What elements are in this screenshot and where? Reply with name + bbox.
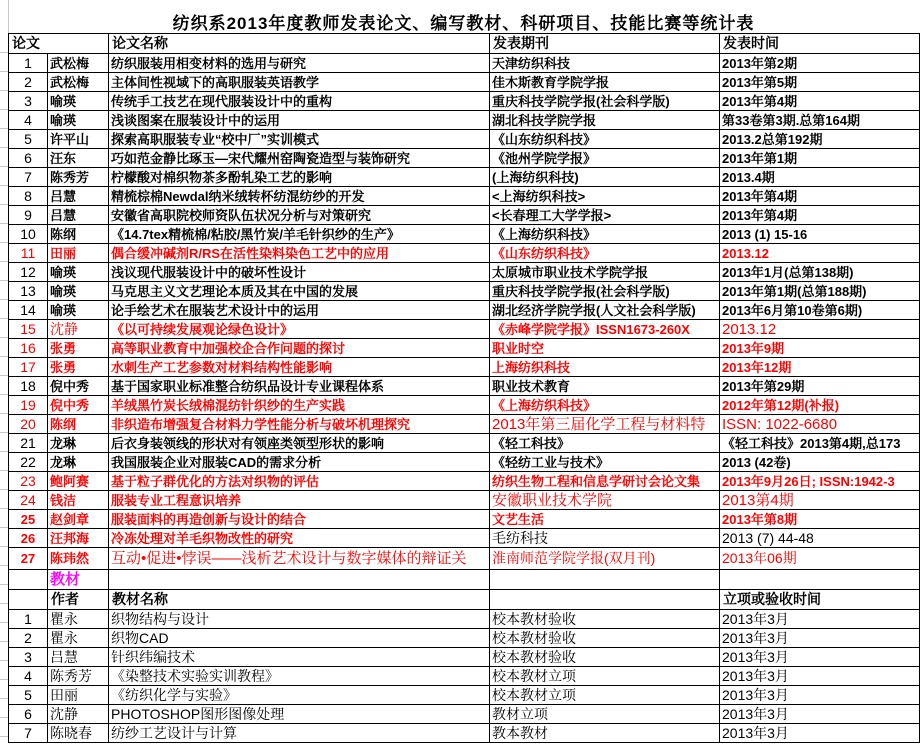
cell-title[interactable]: 柠檬酸对棉织物茶多酚轧染工艺的影响 <box>109 168 490 187</box>
cell-journal[interactable]: 湖北经济学院学报(人文社会科学版) <box>490 301 720 320</box>
cell-num[interactable]: 25 <box>9 510 48 529</box>
cell-title[interactable]: 后衣身装领线的形状对有领座类领型形状的影响 <box>109 434 490 453</box>
paper-row: 15沈静《以可持续发展观论绿色设计》《赤峰学院学报》ISSN1673-260X2… <box>9 320 920 339</box>
cell-time[interactable]: 2013年9月26日; ISSN:1942-3 <box>720 472 920 491</box>
cell-author[interactable]: 倪中秀 <box>48 396 109 415</box>
cell-time[interactable]: 2013第4期 <box>720 491 920 510</box>
cell-author[interactable]: 沈静 <box>48 705 109 724</box>
paper-row: 16张勇高等职业教育中加强校企合作问题的探讨职业时空2013年9期 <box>9 339 920 358</box>
cell-time[interactable]: 2013年第5期 <box>720 73 920 92</box>
cell-journal[interactable]: 淮南师范学院学报(双月刊) <box>490 548 720 570</box>
textbook-row: 3吕慧针织纬编技术校本教材验收2013年3月 <box>9 648 920 667</box>
cell-time[interactable]: ISSN: 1022-6680 <box>720 415 920 434</box>
cell-author[interactable]: 陈秀芳 <box>48 168 109 187</box>
cell-author[interactable]: 倪中秀 <box>48 377 109 396</box>
cell-journal[interactable]: 纺织生物工程和信息学研讨会论文集 <box>490 472 720 491</box>
cell-author[interactable]: 赵剑章 <box>48 510 109 529</box>
cell-time[interactable]: 2013年第8期 <box>720 510 920 529</box>
paper-row: 9吕慧安徽省高职院校师资队伍状况分析与对策研究<长春理工大学学报>2013年第4… <box>9 206 920 225</box>
cell-num[interactable]: 4 <box>9 667 48 686</box>
paper-row: 27陈玮然互动•促进•悖误——浅析艺术设计与数字媒体的辩证关淮南师范学院学报(双… <box>9 548 920 570</box>
cell-num[interactable]: 12 <box>9 263 48 282</box>
cell-num[interactable]: 16 <box>9 339 48 358</box>
cell-author[interactable]: 吕慧 <box>48 648 109 667</box>
cell-num[interactable]: 8 <box>9 187 48 206</box>
cell-author[interactable]: 张勇 <box>48 339 109 358</box>
cell-title[interactable]: 传统手工技艺在现代服装设计中的重构 <box>109 92 490 111</box>
textbooks-body: 1瞿永织物结构与设计校本教材验收2013年3月2瞿永织物CAD校本教材验收201… <box>9 610 920 743</box>
cell-time[interactable]: 2013年第4期 <box>720 92 920 111</box>
cell-time[interactable]: 2013.12 <box>720 320 920 339</box>
cell-status[interactable]: 校本教材验收 <box>490 648 720 667</box>
cell-num[interactable]: 6 <box>9 705 48 724</box>
textbooks-col-header-author[interactable]: 作者 <box>48 590 109 610</box>
spreadsheet-view: 纺织系2013年度教师发表论文、编写教材、科研项目、技能比赛等统计表 论文 论文… <box>0 0 923 752</box>
textbooks-section-row: 教材 <box>9 570 920 590</box>
cell-author[interactable]: 钱洁 <box>48 491 109 510</box>
paper-row: 7陈秀芳柠檬酸对棉织物茶多酚轧染工艺的影响(上海纺织科技)2013.4期 <box>9 168 920 187</box>
cell-journal[interactable]: <长春理工大学学报> <box>490 206 720 225</box>
cell-title[interactable]: 非织造布增强复合材料力学性能分析与破坏机理探究 <box>109 415 490 434</box>
cell-author[interactable]: 吕慧 <box>48 187 109 206</box>
cell-author[interactable]: 龙琳 <box>48 434 109 453</box>
paper-row: 6汪东巧如范金静比琢玉—宋代耀州窑陶瓷造型与装饰研究《池州学院学报》2013年第… <box>9 149 920 168</box>
cell-journal[interactable]: 《上海纺织科技》 <box>490 225 720 244</box>
paper-row: 3喻瑛传统手工技艺在现代服装设计中的重构重庆科技学院学报(社会科学版)2013年… <box>9 92 920 111</box>
cell-journal[interactable]: 安徽职业技术学院 <box>490 491 720 510</box>
paper-row: 11田丽偶合缓冲碱剂R/RS在活性染料染色工艺中的应用《山东纺织科技》2013.… <box>9 244 920 263</box>
paper-row: 4喻瑛浅谈图案在服装设计中的运用湖北科技学院学报第33卷第3期.总第164期 <box>9 111 920 130</box>
textbook-row: 5田丽《纺织化学与实验》校本教材立项2013年3月 <box>9 686 920 705</box>
cell-title[interactable]: 《以可持续发展观论绿色设计》 <box>109 320 490 339</box>
cell-title[interactable]: 服装面料的再造创新与设计的结合 <box>109 510 490 529</box>
paper-row: 8吕慧精梳棕棉Newdal纳米绒转杯纺混纺纱的开发<上海纺织科技>2013年第4… <box>9 187 920 206</box>
cell-author[interactable]: 陈纲 <box>48 415 109 434</box>
cell-num[interactable]: 13 <box>9 282 48 301</box>
paper-row: 12喻瑛浅议现代服装设计中的破坏性设计太原城市职业技术学院学报2013年1月(总… <box>9 263 920 282</box>
cell-journal[interactable]: 《赤峰学院学报》ISSN1673-260X <box>490 320 720 339</box>
textbooks-col-header-time[interactable]: 立项或验收时间 <box>720 590 920 610</box>
cell-num[interactable]: 24 <box>9 491 48 510</box>
cell-journal[interactable]: 《池州学院学报》 <box>490 149 720 168</box>
cell-time[interactable]: 《轻工科技》2013第4期,总173 <box>720 434 920 453</box>
paper-row: 1武松梅纺织服装用相变材料的选用与研究天津纺织科技2013年第2期 <box>9 54 920 73</box>
cell-journal[interactable]: 太原城市职业技术学院学报 <box>490 263 720 282</box>
cell-title[interactable]: 基于国家职业标准整合纺织品设计专业课程体系 <box>109 377 490 396</box>
cell-time[interactable]: 2013.4期 <box>720 168 920 187</box>
textbook-row: 1瞿永织物结构与设计校本教材验收2013年3月 <box>9 610 920 629</box>
textbook-row: 6沈静PHOTOSHOP图形图像处理教材立项2013年3月 <box>9 705 920 724</box>
cell-title[interactable]: 《染整技术实验实训教程》 <box>109 667 490 686</box>
cell-journal[interactable]: 《上海纺织科技》 <box>490 396 720 415</box>
cell-title[interactable]: 我国服装企业对服装CAD的需求分析 <box>109 453 490 472</box>
cell-journal[interactable]: 上海纺织科技 <box>490 358 720 377</box>
textbooks-header-row: 作者 教材名称 立项或验收时间 <box>9 590 920 610</box>
cell-time[interactable]: 2013年第29期 <box>720 377 920 396</box>
paper-row: 14喻瑛论手绘艺术在服装艺术设计中的运用湖北经济学院学报(人文社会科学版)201… <box>9 301 920 320</box>
cell-title[interactable]: PHOTOSHOP图形图像处理 <box>109 705 490 724</box>
cell-author[interactable]: 陈晓春 <box>48 724 109 743</box>
cell-author[interactable]: 喻瑛 <box>48 92 109 111</box>
cell-num[interactable]: 21 <box>9 434 48 453</box>
cell-author[interactable]: 陈秀芳 <box>48 667 109 686</box>
cell-title[interactable]: 《14.7tex精梳棉/粘胶/黑竹炭/羊毛针织纱的生产》 <box>109 225 490 244</box>
cell-author[interactable]: 汪东 <box>48 149 109 168</box>
cell-author[interactable]: 武松梅 <box>48 54 109 73</box>
cell-title[interactable]: 马克思主义文艺理论本质及其在中国的发展 <box>109 282 490 301</box>
textbooks-col-header-title[interactable]: 教材名称 <box>109 590 490 610</box>
cell-num[interactable]: 7 <box>9 724 48 743</box>
cell-num[interactable]: 5 <box>9 686 48 705</box>
cell-blank[interactable] <box>720 570 920 590</box>
cell-author[interactable]: 陈玮然 <box>48 548 109 570</box>
textbook-row: 4陈秀芳《染整技术实验实训教程》校本教材立项2013年3月 <box>9 667 920 686</box>
cell-title[interactable]: 论手绘艺术在服装艺术设计中的运用 <box>109 301 490 320</box>
cell-author[interactable]: 陈纲 <box>48 225 109 244</box>
cell-author[interactable]: 喻瑛 <box>48 301 109 320</box>
cell-time[interactable]: 2013 (1) 15-16 <box>720 225 920 244</box>
cell-time[interactable]: 2013年第1期 <box>720 149 920 168</box>
cell-journal[interactable]: 职业时空 <box>490 339 720 358</box>
cell-title[interactable]: 浅议现代服装设计中的破坏性设计 <box>109 263 490 282</box>
cell-journal[interactable]: 《山东纺织科技》 <box>490 244 720 263</box>
cell-num[interactable]: 6 <box>9 149 48 168</box>
cell-num[interactable]: 7 <box>9 168 48 187</box>
cell-journal[interactable]: 湖北科技学院学报 <box>490 111 720 130</box>
cell-title[interactable]: 安徽省高职院校师资队伍状况分析与对策研究 <box>109 206 490 225</box>
cell-journal[interactable]: 2013年第三届化学工程与材料特 <box>490 415 720 434</box>
cell-journal[interactable]: 《轻纺工业与技术》 <box>490 453 720 472</box>
cell-author[interactable]: 鲍阿赛 <box>48 472 109 491</box>
cell-title[interactable]: 偶合缓冲碱剂R/RS在活性染料染色工艺中的应用 <box>109 244 490 263</box>
paper-row: 20陈纲非织造布增强复合材料力学性能分析与破坏机理探究2013年第三届化学工程与… <box>9 415 920 434</box>
cell-num[interactable]: 5 <box>9 130 48 149</box>
cell-journal[interactable]: <上海纺织科技> <box>490 187 720 206</box>
paper-row: 21龙琳后衣身装领线的形状对有领座类领型形状的影响《轻工科技》《轻工科技》201… <box>9 434 920 453</box>
cell-time[interactable]: 2013 (42卷) <box>720 453 920 472</box>
cell-time[interactable]: 2013年3月 <box>720 629 920 648</box>
cell-num[interactable]: 1 <box>9 610 48 629</box>
cell-num[interactable]: 17 <box>9 358 48 377</box>
cell-title[interactable]: 冷冻处理对羊毛织物改性的研究 <box>109 529 490 548</box>
cell-author[interactable]: 吕慧 <box>48 206 109 225</box>
paper-row: 2武松梅主体间性视域下的高职服装英语教学佳木斯教育学院学报2013年第5期 <box>9 73 920 92</box>
cell-journal[interactable]: 重庆科技学院学报(社会科学版) <box>490 92 720 111</box>
paper-row: 26汪邦海冷冻处理对羊毛织物改性的研究毛纺科技2013 (7) 44-48 <box>9 529 920 548</box>
cell-time[interactable]: 2013年3月 <box>720 686 920 705</box>
statistics-table: 论文 论文名称 发表期刊 发表时间 1武松梅纺织服装用相变材料的选用与研究天津纺… <box>8 33 920 743</box>
cell-time[interactable]: 2012年第12期(补报) <box>720 396 920 415</box>
cell-journal[interactable]: 佳木斯教育学院学报 <box>490 73 720 92</box>
paper-row: 10陈纲《14.7tex精梳棉/粘胶/黑竹炭/羊毛针织纱的生产》《上海纺织科技》… <box>9 225 920 244</box>
cell-title[interactable]: 水刺生产工艺参数对材料结构性能影响 <box>109 358 490 377</box>
cell-time[interactable]: 2013.12 <box>720 244 920 263</box>
papers-header-row: 论文 论文名称 发表期刊 发表时间 <box>9 34 920 54</box>
cell-author[interactable]: 许平山 <box>48 130 109 149</box>
cell-author[interactable]: 沈静 <box>48 320 109 339</box>
cell-journal[interactable]: 《山东纺织科技》 <box>490 130 720 149</box>
cell-title[interactable]: 探索高职服装专业“校中厂”实训模式 <box>109 130 490 149</box>
textbook-row: 2瞿永织物CAD校本教材验收2013年3月 <box>9 629 920 648</box>
textbooks-col-header-status[interactable] <box>490 590 720 610</box>
cell-num[interactable]: 20 <box>9 415 48 434</box>
cell-time[interactable]: 2013年3月 <box>720 610 920 629</box>
cell-status[interactable]: 校本教材验收 <box>490 610 720 629</box>
cell-author[interactable]: 喻瑛 <box>48 111 109 130</box>
cell-num[interactable]: 4 <box>9 111 48 130</box>
cell-title[interactable]: 高等职业教育中加强校企合作问题的探讨 <box>109 339 490 358</box>
cell-time[interactable]: 2013年12期 <box>720 358 920 377</box>
cell-num[interactable]: 2 <box>9 73 48 92</box>
papers-col-header-title[interactable]: 论文名称 <box>109 34 490 54</box>
cell-time[interactable]: 2013 (7) 44-48 <box>720 529 920 548</box>
cell-title[interactable]: 浅谈图案在服装设计中的运用 <box>109 111 490 130</box>
cell-title[interactable]: 服装专业工程意识培养 <box>109 491 490 510</box>
cell-title[interactable]: 纺纱工艺设计与计算 <box>109 724 490 743</box>
textbooks-section-label[interactable]: 教材 <box>48 570 109 590</box>
cell-author[interactable]: 喻瑛 <box>48 263 109 282</box>
cell-num[interactable]: 3 <box>9 92 48 111</box>
cell-time[interactable]: 2013年3月 <box>720 724 920 743</box>
cell-time[interactable]: 2013年9期 <box>720 339 920 358</box>
cell-journal[interactable]: 《轻工科技》 <box>490 434 720 453</box>
cell-status[interactable]: 教本教材 <box>490 724 720 743</box>
cell-title[interactable]: 主体间性视域下的高职服装英语教学 <box>109 73 490 92</box>
cell-num[interactable]: 18 <box>9 377 48 396</box>
cell-author[interactable]: 汪邦海 <box>48 529 109 548</box>
papers-body: 1武松梅纺织服装用相变材料的选用与研究天津纺织科技2013年第2期2武松梅主体间… <box>9 54 920 570</box>
cell-title[interactable]: 针织纬编技术 <box>109 648 490 667</box>
cell-title[interactable]: 《纺织化学与实验》 <box>109 686 490 705</box>
cell-num[interactable]: 22 <box>9 453 48 472</box>
cell-num[interactable]: 1 <box>9 54 48 73</box>
cell-author[interactable]: 武松梅 <box>48 73 109 92</box>
cell-title[interactable]: 纺织服装用相变材料的选用与研究 <box>109 54 490 73</box>
cell-num[interactable]: 9 <box>9 206 48 225</box>
cell-title[interactable]: 基于粒子群优化的方法对织物的评估 <box>109 472 490 491</box>
paper-row: 24钱洁服装专业工程意识培养安徽职业技术学院2013第4期 <box>9 491 920 510</box>
papers-col-header-time[interactable]: 发表时间 <box>720 34 920 54</box>
cell-time[interactable]: 2013年第1期(总第188期) <box>720 282 920 301</box>
cell-journal[interactable]: (上海纺织科技) <box>490 168 720 187</box>
cell-num[interactable]: 15 <box>9 320 48 339</box>
paper-row: 23鲍阿赛基于粒子群优化的方法对织物的评估纺织生物工程和信息学研讨会论文集201… <box>9 472 920 491</box>
paper-row: 22龙琳我国服装企业对服装CAD的需求分析《轻纺工业与技术》2013 (42卷) <box>9 453 920 472</box>
cell-journal[interactable]: 职业技术教育 <box>490 377 720 396</box>
cell-num[interactable]: 3 <box>9 648 48 667</box>
cell-journal[interactable]: 重庆科技学院学报(社会科学版) <box>490 282 720 301</box>
paper-row: 17张勇水刺生产工艺参数对材料结构性能影响上海纺织科技2013年12期 <box>9 358 920 377</box>
papers-col-header-num[interactable]: 论文 <box>9 34 109 54</box>
cell-status[interactable]: 校本教材立项 <box>490 667 720 686</box>
cell-time[interactable]: 2013年第4期 <box>720 206 920 225</box>
cell-journal[interactable]: 天津纺织科技 <box>490 54 720 73</box>
cell-author[interactable]: 瞿永 <box>48 629 109 648</box>
cell-time[interactable]: 2013年3月 <box>720 705 920 724</box>
cell-time[interactable]: 2013年3月 <box>720 667 920 686</box>
cell-title[interactable]: 织物CAD <box>109 629 490 648</box>
cell-time[interactable]: 2013.2总第192期 <box>720 130 920 149</box>
cell-status[interactable]: 校本教材立项 <box>490 686 720 705</box>
cell-title[interactable]: 互动•促进•悖误——浅析艺术设计与数字媒体的辩证关 <box>109 548 490 570</box>
cell-num[interactable]: 19 <box>9 396 48 415</box>
cell-time[interactable]: 2013年06期 <box>720 548 920 570</box>
cell-blank[interactable] <box>490 570 720 590</box>
paper-row: 5许平山探索高职服装专业“校中厂”实训模式《山东纺织科技》2013.2总第192… <box>9 130 920 149</box>
cell-title[interactable]: 羊绒黑竹炭长绒棉混纺针织纱的生产实践 <box>109 396 490 415</box>
cell-time[interactable]: 第33卷第3期.总第164期 <box>720 111 920 130</box>
cell-num[interactable]: 23 <box>9 472 48 491</box>
textbook-row: 7陈晓春纺纱工艺设计与计算教本教材2013年3月 <box>9 724 920 743</box>
cell-blank[interactable] <box>109 570 490 590</box>
paper-row: 19倪中秀羊绒黑竹炭长绒棉混纺针织纱的生产实践《上海纺织科技》2012年第12期… <box>9 396 920 415</box>
cell-blank[interactable] <box>9 570 48 590</box>
cell-time[interactable]: 2013年1月(总第138期) <box>720 263 920 282</box>
cell-time[interactable]: 2013年6月第10卷第6期) <box>720 301 920 320</box>
cell-author[interactable]: 瞿永 <box>48 610 109 629</box>
cell-num[interactable]: 11 <box>9 244 48 263</box>
cell-status[interactable]: 教材立项 <box>490 705 720 724</box>
cell-author[interactable]: 龙琳 <box>48 453 109 472</box>
sheet-title[interactable]: 纺织系2013年度教师发表论文、编写教材、科研项目、技能比赛等统计表 <box>8 9 919 34</box>
cell-num[interactable]: 10 <box>9 225 48 244</box>
cell-title[interactable]: 织物结构与设计 <box>109 610 490 629</box>
cell-journal[interactable]: 毛纺科技 <box>490 529 720 548</box>
cell-num[interactable]: 26 <box>9 529 48 548</box>
cell-title[interactable]: 精梳棕棉Newdal纳米绒转杯纺混纺纱的开发 <box>109 187 490 206</box>
cell-time[interactable]: 2013年3月 <box>720 648 920 667</box>
cell-time[interactable]: 2013年第2期 <box>720 54 920 73</box>
cell-author[interactable]: 张勇 <box>48 358 109 377</box>
cell-journal[interactable]: 文艺生活 <box>490 510 720 529</box>
cell-title[interactable]: 巧如范金静比琢玉—宋代耀州窑陶瓷造型与装饰研究 <box>109 149 490 168</box>
row-gutter <box>0 34 8 752</box>
cell-author[interactable]: 田丽 <box>48 686 109 705</box>
cell-author[interactable]: 喻瑛 <box>48 282 109 301</box>
cell-author[interactable]: 田丽 <box>48 244 109 263</box>
cell-time[interactable]: 2013年第4期 <box>720 187 920 206</box>
paper-row: 18倪中秀基于国家职业标准整合纺织品设计专业课程体系职业技术教育2013年第29… <box>9 377 920 396</box>
cell-num[interactable]: 27 <box>9 548 48 570</box>
papers-col-header-journal[interactable]: 发表期刊 <box>490 34 720 54</box>
paper-row: 13喻瑛马克思主义文艺理论本质及其在中国的发展重庆科技学院学报(社会科学版)20… <box>9 282 920 301</box>
cell-blank[interactable] <box>9 590 48 610</box>
paper-row: 25赵剑章服装面料的再造创新与设计的结合文艺生活2013年第8期 <box>9 510 920 529</box>
cell-num[interactable]: 14 <box>9 301 48 320</box>
cell-num[interactable]: 2 <box>9 629 48 648</box>
cell-status[interactable]: 校本教材验收 <box>490 629 720 648</box>
